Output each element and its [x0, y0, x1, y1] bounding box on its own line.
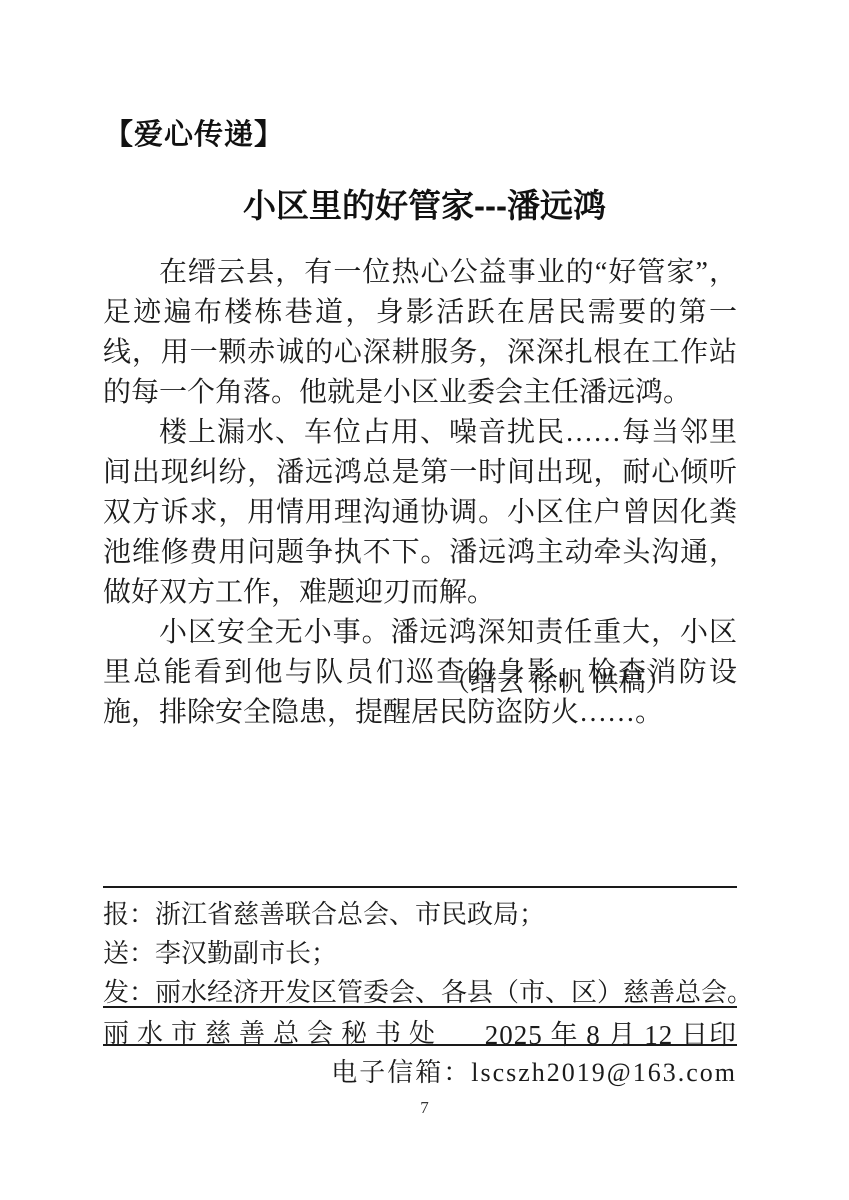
section-header: 【爱心传递】 — [104, 112, 284, 153]
page-number: 7 — [0, 1098, 849, 1118]
attribution: （缙云 徐帆 供稿） — [443, 660, 673, 699]
divider-top — [103, 886, 737, 888]
article-title: 小区里的好管家---潘远鸿 — [0, 180, 849, 227]
footer-print-date: 2025 年 8 月 12 日印 — [485, 1013, 737, 1052]
paragraph-mediation: 楼上漏水、车位占用、噪音扰民……每当邻里间出现纠纷，潘远鸿总是第一时间出现，耐心… — [103, 413, 737, 613]
divider-middle — [103, 1006, 737, 1008]
email-label: 电子信箱： — [331, 1058, 471, 1087]
divider-bottom — [103, 1044, 737, 1046]
footer-send-line: 送：李汉勤副市长； — [103, 933, 337, 970]
document-page: 【爱心传递】 小区里的好管家---潘远鸿 在缙云县，有一位热心公益事业的“好管家… — [0, 0, 849, 1200]
footer-email-line: 电子信箱：lscszh2019@163.com — [331, 1052, 737, 1089]
paragraph-intro: 在缙云县，有一位热心公益事业的“好管家”，足迹遍布楼栋巷道，身影活跃在居民需要的… — [103, 253, 737, 413]
footer-distribute-line: 发：丽水经济开发区管委会、各县（市、区）慈善总会。 — [103, 972, 753, 1009]
email-address: lscszh2019@163.com — [471, 1058, 737, 1087]
footer-report-line: 报：浙江省慈善联合总会、市民政局； — [103, 894, 545, 931]
